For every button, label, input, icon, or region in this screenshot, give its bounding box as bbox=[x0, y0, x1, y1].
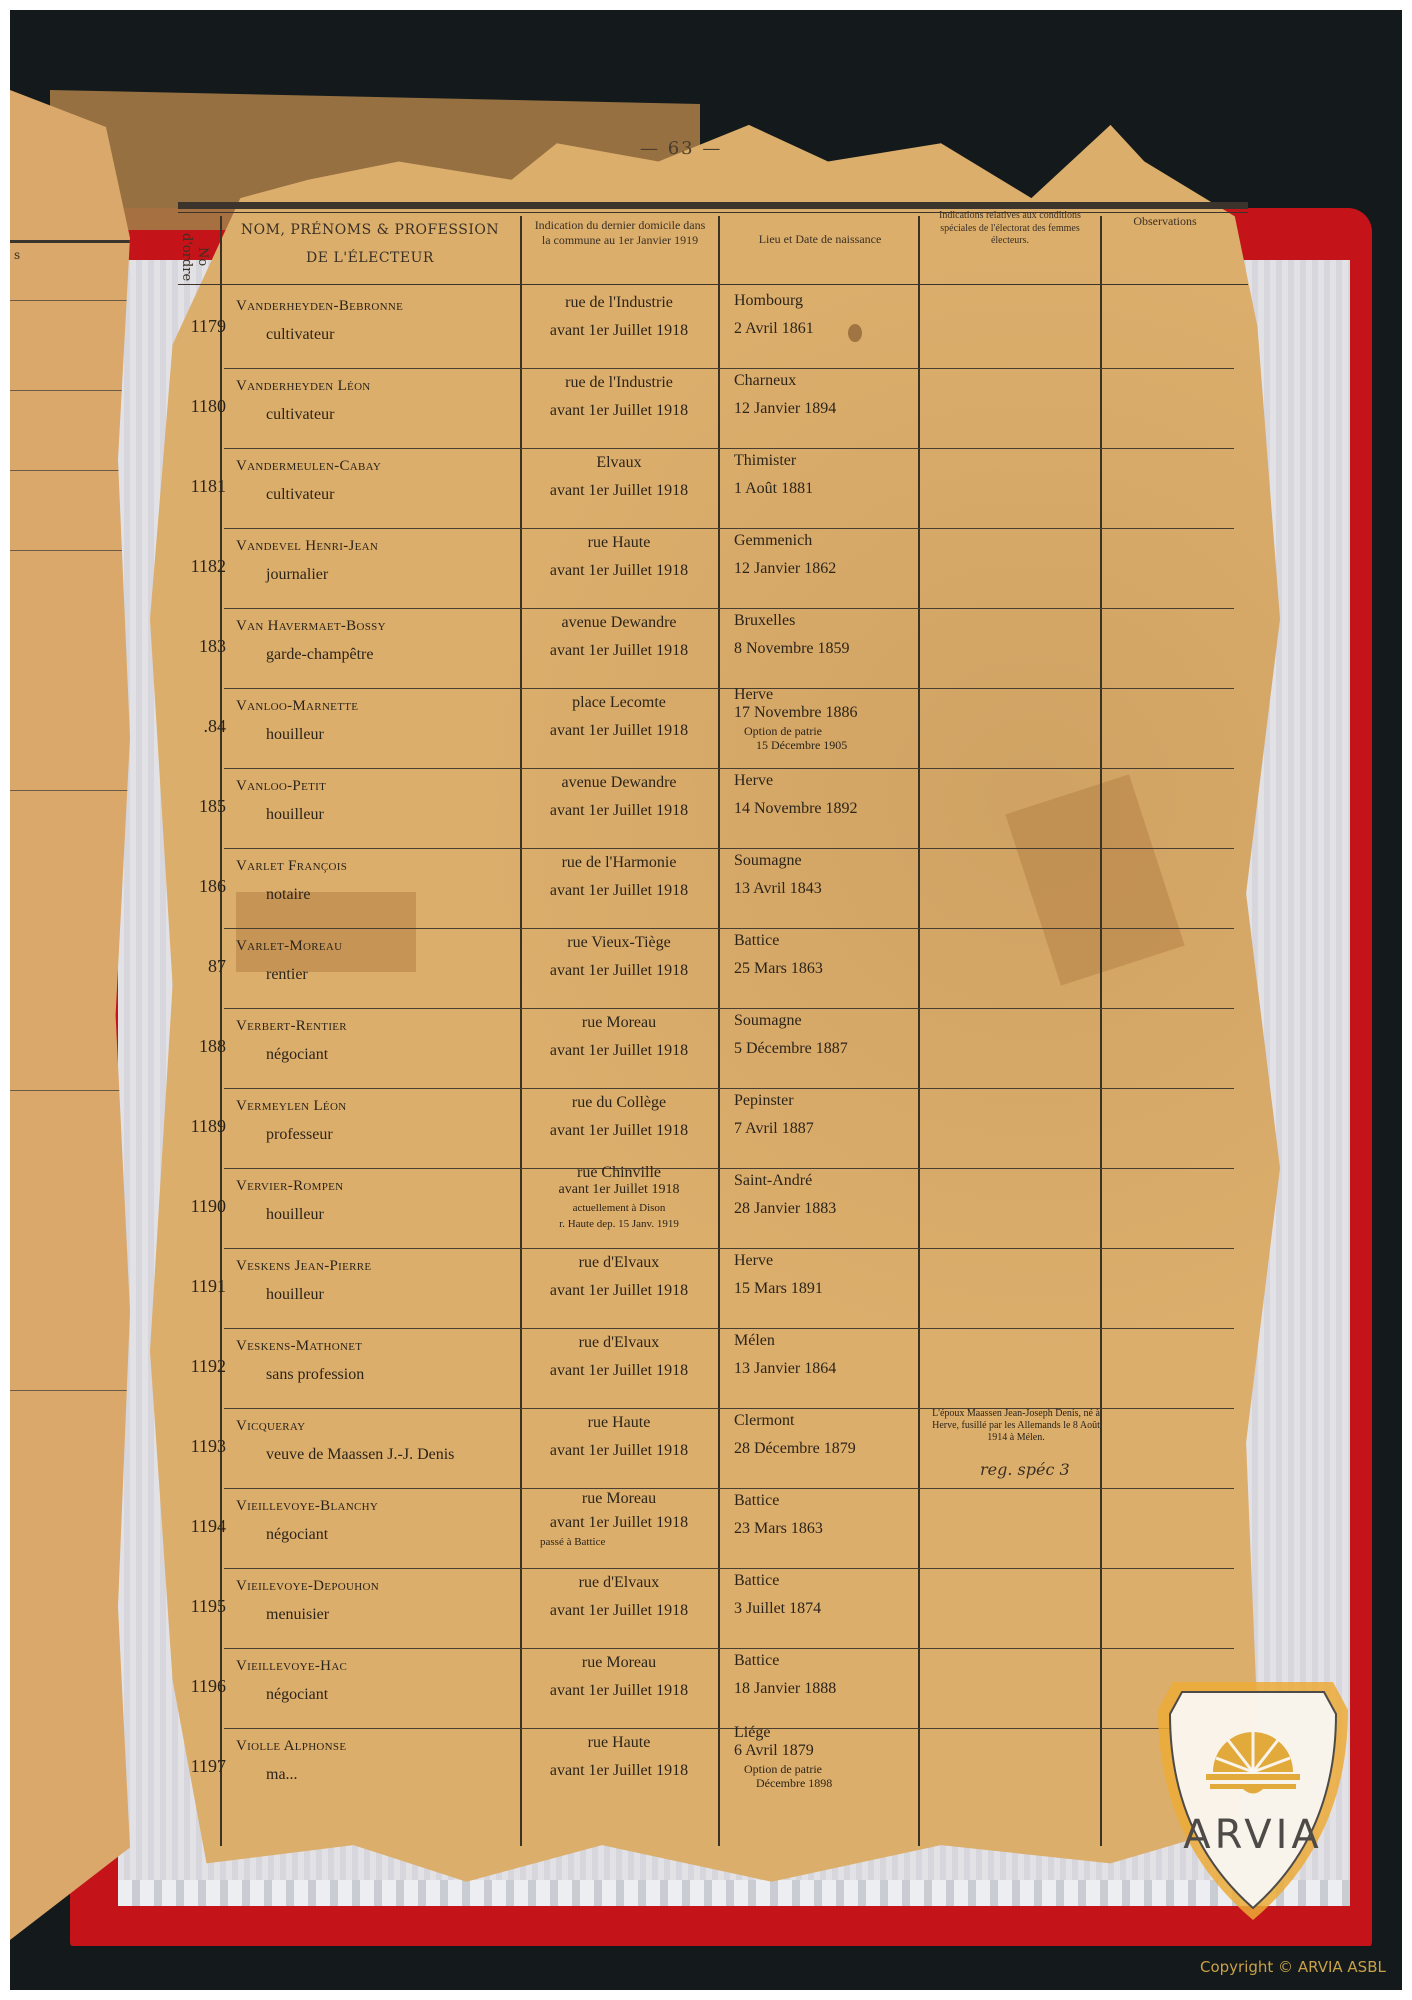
domicile-note: avant 1er Juillet 1918 bbox=[524, 1362, 714, 1380]
elector-name: Violle Alphonse bbox=[236, 1738, 346, 1755]
header-observations: Observations bbox=[1105, 214, 1225, 229]
birth-place: Pepinster bbox=[734, 1092, 794, 1110]
elector-name: Van Havermaet-Bossy bbox=[236, 618, 386, 635]
order-number: 1192 bbox=[174, 1356, 226, 1377]
elector-name: Veskens-Mathonet bbox=[236, 1338, 362, 1355]
order-number: 1189 bbox=[174, 1116, 226, 1137]
domicile-note: avant 1er Juillet 1918 bbox=[524, 1682, 714, 1700]
header-name: NOM, PRÉNOMS & PROFESSION DE L'ÉLECTEUR bbox=[230, 222, 510, 277]
arvia-logo: ARVIA bbox=[1148, 1670, 1358, 1930]
ink-stain bbox=[848, 324, 862, 342]
header-domicile: Indication du dernier domicile dans la c… bbox=[530, 218, 710, 248]
elector-name: Veskens Jean-Pierre bbox=[236, 1258, 371, 1275]
elector-profession: négociant bbox=[266, 1686, 328, 1704]
domicile: rue Haute bbox=[524, 1414, 714, 1432]
domicile-note: avant 1er Juillet 1918 bbox=[524, 402, 714, 420]
birth-place: Herve bbox=[734, 772, 773, 790]
domicile-extra: passé à Battice bbox=[540, 1536, 730, 1548]
header-order-no: No d'ordre bbox=[180, 222, 210, 292]
elector-name: Vicqueray bbox=[236, 1418, 305, 1435]
birth-date: 12 Janvier 1862 bbox=[734, 560, 836, 578]
birth-date: 7 Avril 1887 bbox=[734, 1120, 814, 1138]
elector-profession: sans profession bbox=[266, 1366, 364, 1384]
order-number: .84 bbox=[174, 716, 226, 737]
table-row: .84 Vanloo-Marnette houilleur place Leco… bbox=[190, 688, 1250, 770]
birth-place: Battice bbox=[734, 1652, 779, 1670]
elector-profession: négociant bbox=[266, 1046, 328, 1064]
elector-name: Vieilevoye-Depouhon bbox=[236, 1578, 379, 1595]
header-rule bbox=[178, 202, 1248, 209]
elector-profession: houilleur bbox=[266, 726, 324, 744]
adjacent-left-page: s bbox=[10, 90, 130, 1940]
elector-profession: cultivateur bbox=[266, 486, 334, 504]
domicile-note: avant 1er Juillet 1918 bbox=[524, 562, 714, 580]
header-name-line2: DE L'ÉLECTEUR bbox=[230, 250, 510, 268]
domicile: rue de l'Harmonie bbox=[524, 854, 714, 872]
elector-name: Varlet François bbox=[236, 858, 347, 875]
birth-option-date: Décembre 1898 bbox=[756, 1776, 832, 1791]
electorate-condition-note: L'époux Maassen Jean-Joseph Denis, né à … bbox=[926, 1408, 1106, 1444]
order-number: 1179 bbox=[174, 316, 226, 337]
order-number: 1194 bbox=[174, 1516, 226, 1537]
elector-name: Vanloo-Petit bbox=[236, 778, 326, 795]
elector-profession: menuisier bbox=[266, 1606, 329, 1624]
birth-date: 23 Mars 1863 bbox=[734, 1520, 823, 1538]
elector-profession: cultivateur bbox=[266, 406, 334, 424]
birth-date: 3 Juillet 1874 bbox=[734, 1600, 821, 1618]
rule bbox=[10, 470, 130, 471]
domicile: avenue Dewandre bbox=[524, 614, 714, 632]
birth-place: Soumagne bbox=[734, 1012, 802, 1030]
elector-profession: houilleur bbox=[266, 1286, 324, 1304]
birth-date: 1 Août 1881 bbox=[734, 480, 813, 498]
birth-date: 8 Novembre 1859 bbox=[734, 640, 850, 658]
birth-date: 12 Janvier 1894 bbox=[734, 400, 836, 418]
elector-name: Vanderheyden Léon bbox=[236, 378, 371, 395]
birth-place: Gemmenich bbox=[734, 532, 812, 550]
elector-profession: rentier bbox=[266, 966, 308, 984]
birth-option-date: 15 Décembre 1905 bbox=[756, 738, 847, 753]
elector-profession: ma... bbox=[266, 1766, 298, 1784]
elector-profession: professeur bbox=[266, 1126, 333, 1144]
domicile: rue du Collège bbox=[524, 1094, 714, 1112]
birth-date: 2 Avril 1861 bbox=[734, 320, 814, 338]
order-number: 1197 bbox=[174, 1756, 226, 1777]
domicile: rue Vieux-Tiège bbox=[524, 934, 714, 952]
birth-place: Liége bbox=[734, 1724, 770, 1742]
domicile-note: avant 1er Juillet 1918 bbox=[524, 1042, 714, 1060]
table-row: 1190 Vervier-Rompen houilleur rue Chinvi… bbox=[190, 1168, 1250, 1250]
birth-place: Battice bbox=[734, 932, 779, 950]
elector-name: Vieillevoye-Hac bbox=[236, 1658, 347, 1675]
birth-place: Clermont bbox=[734, 1412, 794, 1430]
birth-place: Battice bbox=[734, 1572, 779, 1590]
elector-name: Vandermeulen-Cabay bbox=[236, 458, 381, 475]
birth-date: 17 Novembre 1886 bbox=[734, 704, 858, 722]
header-name-line1: NOM, PRÉNOMS & PROFESSION bbox=[230, 222, 510, 240]
rule bbox=[10, 300, 130, 301]
elector-profession: houilleur bbox=[266, 806, 324, 824]
table-row: 1192 Veskens-Mathonet sans profession ru… bbox=[190, 1328, 1250, 1410]
table-row: 186 Varlet François notaire rue de l'Har… bbox=[190, 848, 1250, 930]
birth-date: 28 Décembre 1879 bbox=[734, 1440, 856, 1458]
domicile-note: avant 1er Juillet 1918 bbox=[524, 322, 714, 340]
domicile-note: avant 1er Juillet 1918 bbox=[524, 1282, 714, 1300]
birth-option: Option de patrie bbox=[744, 724, 822, 739]
elector-profession: notaire bbox=[266, 886, 310, 904]
elector-name: Vanderheyden-Bebronne bbox=[236, 298, 403, 315]
domicile: rue de l'Industrie bbox=[524, 294, 714, 312]
birth-place: Mélen bbox=[734, 1332, 775, 1350]
table-row: 185 Vanloo-Petit houilleur avenue Dewand… bbox=[190, 768, 1250, 850]
rule bbox=[10, 790, 130, 791]
elector-name: Vanloo-Marnette bbox=[236, 698, 358, 715]
domicile: place Lecomte bbox=[524, 694, 714, 712]
page-number: — 63 — bbox=[640, 138, 722, 159]
domicile-note: avant 1er Juillet 1918 bbox=[524, 722, 714, 740]
birth-place: Bruxelles bbox=[734, 612, 795, 630]
birth-date: 6 Avril 1879 bbox=[734, 1742, 814, 1760]
domicile: rue Chinville bbox=[524, 1164, 714, 1182]
birth-date: 25 Mars 1863 bbox=[734, 960, 823, 978]
domicile: rue Moreau bbox=[524, 1014, 714, 1032]
order-number: 87 bbox=[174, 956, 226, 977]
table-row: 188 Verbert-Rentier négociant rue Moreau… bbox=[190, 1008, 1250, 1090]
order-number: 1190 bbox=[174, 1196, 226, 1217]
copyright-notice: Copyright © ARVIA ASBL bbox=[1200, 1958, 1386, 1976]
domicile-extra: actuellement à Dison bbox=[524, 1202, 714, 1214]
table-row: 1197 Violle Alphonse ma... rue Haute ava… bbox=[190, 1728, 1250, 1810]
birth-place: Thimister bbox=[734, 452, 796, 470]
table-row: 1180 Vanderheyden Léon cultivateur rue d… bbox=[190, 368, 1250, 450]
footer-bar bbox=[10, 1946, 1402, 1990]
domicile: rue d'Elvaux bbox=[524, 1574, 714, 1592]
header-conditions: Indications relatives aux conditions spé… bbox=[920, 210, 1100, 248]
table-row: 1181 Vandermeulen-Cabay cultivateur Elva… bbox=[190, 448, 1250, 530]
domicile-note: avant 1er Juillet 1918 bbox=[524, 882, 714, 900]
order-number: 185 bbox=[174, 796, 226, 817]
table-row: 1195 Vieilevoye-Depouhon menuisier rue d… bbox=[190, 1568, 1250, 1650]
rule bbox=[10, 390, 130, 391]
birth-date: 5 Décembre 1887 bbox=[734, 1040, 848, 1058]
rule bbox=[10, 550, 130, 551]
order-number: 1181 bbox=[174, 476, 226, 497]
birth-date: 14 Novembre 1892 bbox=[734, 800, 858, 818]
elector-name: Vervier-Rompen bbox=[236, 1178, 343, 1195]
domicile: rue d'Elvaux bbox=[524, 1334, 714, 1352]
birth-date: 18 Janvier 1888 bbox=[734, 1680, 836, 1698]
table-row: 1189 Vermeylen Léon professeur rue du Co… bbox=[190, 1088, 1250, 1170]
elector-name: Varlet-Moreau bbox=[236, 938, 342, 955]
domicile-extra: r. Haute dep. 15 Janv. 1919 bbox=[524, 1218, 714, 1230]
elector-name: Vieillevoye-Blanchy bbox=[236, 1498, 378, 1515]
domicile: rue Moreau bbox=[524, 1490, 714, 1508]
domicile: rue de l'Industrie bbox=[524, 374, 714, 392]
elector-name: Vandevel Henri-Jean bbox=[236, 538, 378, 555]
birth-date: 13 Janvier 1864 bbox=[734, 1360, 836, 1378]
rule bbox=[10, 240, 130, 243]
order-number: 1193 bbox=[174, 1436, 226, 1457]
domicile-note: avant 1er Juillet 1918 bbox=[524, 642, 714, 660]
table-row: 1194 Vieillevoye-Blanchy négociant rue M… bbox=[190, 1488, 1250, 1570]
handwritten-annotation: reg. spéc 3 bbox=[980, 1460, 1070, 1479]
elector-profession: négociant bbox=[266, 1526, 328, 1544]
domicile-note: avant 1er Juillet 1918 bbox=[524, 1442, 714, 1460]
domicile-note: avant 1er Juillet 1918 bbox=[524, 1122, 714, 1140]
table-row: 1196 Vieillevoye-Hac négociant rue Morea… bbox=[190, 1648, 1250, 1730]
domicile: avenue Dewandre bbox=[524, 774, 714, 792]
elector-profession: journalier bbox=[266, 566, 328, 584]
elector-profession: houilleur bbox=[266, 1206, 324, 1224]
elector-profession: garde-champêtre bbox=[266, 646, 373, 664]
elector-profession: cultivateur bbox=[266, 326, 334, 344]
table-row: 1193 Vicqueray veuve de Maassen J.-J. De… bbox=[190, 1408, 1250, 1490]
birth-place: Herve bbox=[734, 686, 773, 704]
domicile-note: avant 1er Juillet 1918 bbox=[524, 1182, 714, 1198]
table-row: 1191 Veskens Jean-Pierre houilleur rue d… bbox=[190, 1248, 1250, 1330]
birth-place: Saint-André bbox=[734, 1172, 812, 1190]
order-number: 183 bbox=[174, 636, 226, 657]
birth-place: Soumagne bbox=[734, 852, 802, 870]
domicile: Elvaux bbox=[524, 454, 714, 472]
birth-place: Hombourg bbox=[734, 292, 803, 310]
birth-date: 15 Mars 1891 bbox=[734, 1280, 823, 1298]
elector-name: Verbert-Rentier bbox=[236, 1018, 347, 1035]
order-number: 1180 bbox=[174, 396, 226, 417]
domicile: rue Haute bbox=[524, 534, 714, 552]
domicile-note: avant 1er Juillet 1918 bbox=[524, 1602, 714, 1620]
rule bbox=[10, 1090, 130, 1091]
order-number: 1195 bbox=[174, 1596, 226, 1617]
domicile: rue Moreau bbox=[524, 1654, 714, 1672]
domicile-note: avant 1er Juillet 1918 bbox=[524, 1514, 714, 1532]
table-row: 183 Van Havermaet-Bossy garde-champêtre … bbox=[190, 608, 1250, 690]
elector-name: Vermeylen Léon bbox=[236, 1098, 346, 1115]
header-birth: Lieu et Date de naissance bbox=[720, 232, 920, 247]
rule bbox=[10, 1390, 130, 1391]
order-number: 186 bbox=[174, 876, 226, 897]
domicile-note: avant 1er Juillet 1918 bbox=[524, 802, 714, 820]
elector-profession: veuve de Maassen J.-J. Denis bbox=[266, 1446, 454, 1464]
table-row: 87 Varlet-Moreau rentier rue Vieux-Tiège… bbox=[190, 928, 1250, 1010]
birth-date: 28 Janvier 1883 bbox=[734, 1200, 836, 1218]
header-bottom-rule bbox=[178, 284, 1248, 285]
order-number: 188 bbox=[174, 1036, 226, 1057]
birth-place: Battice bbox=[734, 1492, 779, 1510]
left-page-fragment: s bbox=[14, 248, 20, 262]
order-number: 1196 bbox=[174, 1676, 226, 1697]
shield-icon bbox=[1148, 1670, 1358, 1930]
order-number: 1191 bbox=[174, 1276, 226, 1297]
table-row: 1179 Vanderheyden-Bebronne cultivateur r… bbox=[190, 288, 1250, 370]
domicile: rue Haute bbox=[524, 1734, 714, 1752]
domicile-note: avant 1er Juillet 1918 bbox=[524, 482, 714, 500]
logo-text: ARVIA bbox=[1148, 1812, 1358, 1858]
birth-date: 13 Avril 1843 bbox=[734, 880, 822, 898]
domicile-note: avant 1er Juillet 1918 bbox=[524, 962, 714, 980]
order-number: 1182 bbox=[174, 556, 226, 577]
table-row: 1182 Vandevel Henri-Jean journalier rue … bbox=[190, 528, 1250, 610]
domicile-note: avant 1er Juillet 1918 bbox=[524, 1762, 714, 1780]
domicile: rue d'Elvaux bbox=[524, 1254, 714, 1272]
birth-option: Option de patrie bbox=[744, 1762, 822, 1777]
birth-place: Charneux bbox=[734, 372, 796, 390]
birth-place: Herve bbox=[734, 1252, 773, 1270]
